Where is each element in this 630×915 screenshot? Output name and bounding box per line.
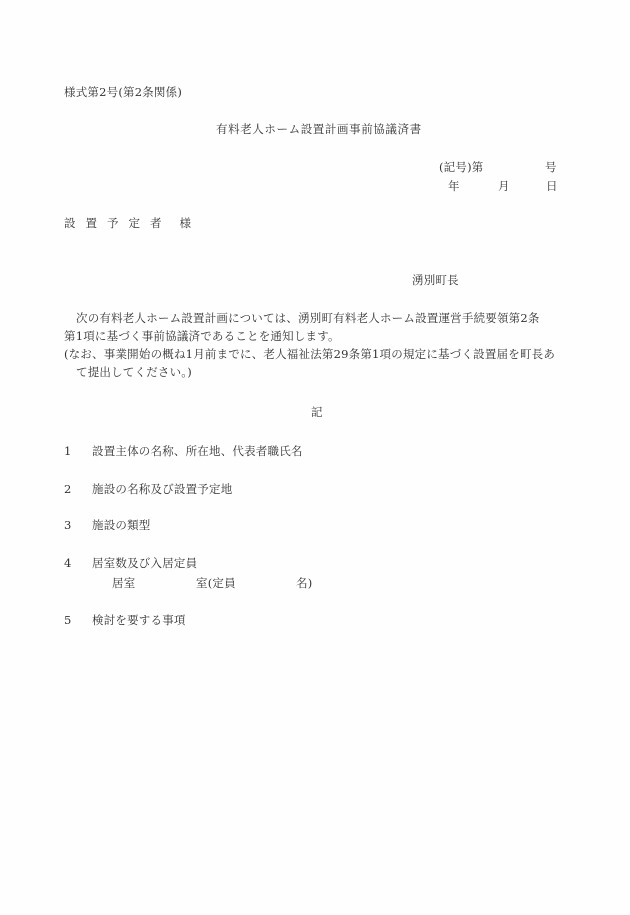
date-year: 年 xyxy=(448,179,460,193)
item-1: 1設置主体の名称、所在地、代表者職氏名 xyxy=(64,444,303,458)
notice-note: (なお、事業開始の概ね1月前までに、老人福祉法第29条第1項の規定に基づく設置届… xyxy=(64,345,564,381)
date-day: 日 xyxy=(546,179,558,193)
reference-number: (記号)第 号 xyxy=(439,160,559,174)
addressee-name: 設置予定者 xyxy=(64,216,172,230)
notice-body: 次の有料老人ホーム設置計画については、湧別町有料老人ホーム設置運営手続要領第2条… xyxy=(64,309,564,381)
notice-paragraph: 次の有料老人ホーム設置計画については、湧別町有料老人ホーム設置運営手続要領第2条… xyxy=(64,309,564,345)
rooms-label: 居室 xyxy=(112,576,135,590)
reference-suffix: 号 xyxy=(545,160,557,174)
ki-heading: 記 xyxy=(311,405,323,419)
item-label: 居室数及び入居定員 xyxy=(92,556,197,570)
item-5: 5検討を要する事項 xyxy=(64,613,186,627)
item-number: 4 xyxy=(64,556,92,570)
item-label: 施設の名称及び設置予定地 xyxy=(92,482,232,496)
reference-prefix: (記号)第 xyxy=(439,160,483,174)
item-2: 2施設の名称及び設置予定地 xyxy=(64,482,232,496)
item-number: 3 xyxy=(64,518,92,532)
capacity-unit: 名) xyxy=(296,576,312,590)
item-4: 4居室数及び入居定員 xyxy=(64,556,197,570)
document-title: 有料老人ホーム設置計画事前協議済書 xyxy=(216,122,422,136)
rooms-unit: 室(定員 xyxy=(196,576,236,590)
item-label: 設置主体の名称、所在地、代表者職氏名 xyxy=(92,444,303,458)
item-number: 1 xyxy=(64,444,92,458)
date-month: 月 xyxy=(498,179,510,193)
form-number: 様式第2号(第2条関係) xyxy=(64,85,182,99)
item-number: 5 xyxy=(64,613,92,627)
item-3: 3施設の類型 xyxy=(64,518,151,532)
issuer: 湧別町長 xyxy=(412,273,459,287)
addressee-honorific: 様 xyxy=(180,216,192,230)
addressee: 設置予定者様 xyxy=(64,216,191,230)
item-number: 2 xyxy=(64,482,92,496)
item-label: 施設の類型 xyxy=(92,518,151,532)
item-label: 検討を要する事項 xyxy=(92,613,186,627)
